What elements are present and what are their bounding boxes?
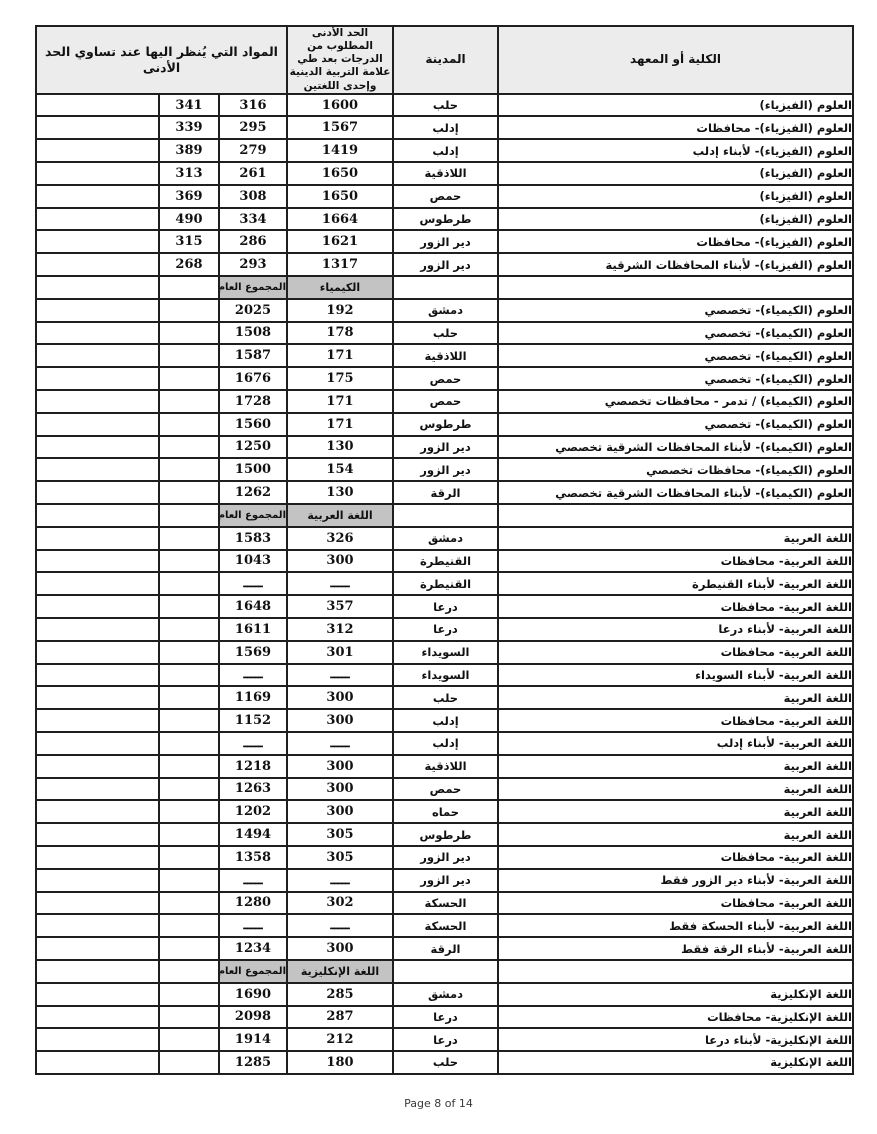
tiebreak-subjects-header-cell: المواد التي يُنظر اليها عند تساوي الحد ا…	[36, 26, 287, 94]
total-score-cell: 1560	[219, 413, 287, 436]
total-score-cell: 1250	[219, 436, 287, 459]
city-name-cell: اللاذقية	[393, 755, 498, 778]
city-header-cell: المدينة	[393, 26, 498, 94]
table-row: العلوم (الفيزياء)- لأبناء المحافظات الشر…	[36, 253, 853, 276]
min-score-cell: 192	[287, 299, 393, 322]
city-name-cell: حمص	[393, 185, 498, 208]
table-row: اللغة الإنكليزية- محافظاتدرعا2872098	[36, 1006, 853, 1029]
tiebreak-score-cell	[159, 869, 219, 892]
min-score-cell: 300	[287, 778, 393, 801]
min-score-cell: 180	[287, 1051, 393, 1074]
table-row: اللغة العربيةحمص3001263	[36, 778, 853, 801]
min-score-cell: 305	[287, 846, 393, 869]
tiebreak-blank-cell	[36, 709, 159, 732]
total-score-cell: 1690	[219, 983, 287, 1006]
table-row: العلوم (الفيزياء)طرطوس1664334490	[36, 208, 853, 231]
college-name-cell: اللغة العربية- لأبناء القنيطرة	[498, 572, 853, 595]
tiebreak-blank-cell	[36, 94, 159, 117]
table-row: اللغة العربية- لأبناء درعادرعا3121611	[36, 618, 853, 641]
total-score-cell: 286	[219, 230, 287, 253]
tiebreak-blank-cell	[36, 937, 159, 960]
college-empty-cell	[498, 504, 853, 527]
tiebreak-blank-cell	[36, 800, 159, 823]
tiebreak-blank-cell	[36, 1006, 159, 1029]
tiebreak-blank-cell	[36, 413, 159, 436]
tiebreak-empty-cell	[159, 276, 219, 299]
tiebreak-blank-cell	[36, 139, 159, 162]
table-row: اللغة الإنكليزية- لأبناء درعادرعا2121914	[36, 1028, 853, 1051]
college-name-cell: اللغة الإنكليزية	[498, 1051, 853, 1074]
tiebreak-blank-cell	[36, 641, 159, 664]
college-name-cell: اللغة الإنكليزية	[498, 983, 853, 1006]
tiebreak-score-cell	[159, 983, 219, 1006]
city-name-cell: دمشق	[393, 299, 498, 322]
table-row: اللغة العربيةاللاذقية3001218	[36, 755, 853, 778]
tiebreak-blank-cell	[36, 322, 159, 345]
total-score-cell: 1234	[219, 937, 287, 960]
college-name-cell: العلوم (الفيزياء)	[498, 94, 853, 117]
college-name-cell: اللغة العربية- محافظات	[498, 641, 853, 664]
table-row: اللغة العربيةطرطوس3051494	[36, 823, 853, 846]
min-score-cell: 300	[287, 709, 393, 732]
tiebreak-empty-cell	[159, 960, 219, 983]
tiebreak-score-cell	[159, 1051, 219, 1074]
tiebreak-score-cell: 313	[159, 162, 219, 185]
college-name-cell: اللغة العربية	[498, 800, 853, 823]
table-row: اللغة العربية- لأبناء القنيطرةالقنيطرةــ…	[36, 572, 853, 595]
total-score-cell: 279	[219, 139, 287, 162]
table-row: العلوم (الكيمياء)- لأبناء المحافظات الشر…	[36, 436, 853, 459]
total-score-cell: 1169	[219, 686, 287, 709]
section-subject-cell: اللغة العربية	[287, 504, 393, 527]
total-score-cell: 1263	[219, 778, 287, 801]
total-score-cell: ـــــ	[219, 732, 287, 755]
min-score-cell: 301	[287, 641, 393, 664]
table-row: اللغة العربيةحلب3001169	[36, 686, 853, 709]
tiebreak-score-cell	[159, 846, 219, 869]
city-name-cell: درعا	[393, 1006, 498, 1029]
section-total-label-cell: المجموع العام	[219, 504, 287, 527]
table-row: العلوم (الكيمياء)- لأبناء المحافظات الشر…	[36, 481, 853, 504]
total-score-cell: 334	[219, 208, 287, 231]
min-score-cell: 326	[287, 527, 393, 550]
tiebreak-blank-cell	[36, 618, 159, 641]
tiebreak-blank-cell	[36, 253, 159, 276]
tiebreak-score-cell	[159, 1006, 219, 1029]
tiebreak-score-cell	[159, 618, 219, 641]
college-name-cell: العلوم (الفيزياء)- لأبناء المحافظات الشر…	[498, 253, 853, 276]
total-score-cell: 1569	[219, 641, 287, 664]
tiebreak-blank-cell	[36, 1028, 159, 1051]
total-score-cell: ـــــ	[219, 914, 287, 937]
college-name-cell: اللغة العربية	[498, 686, 853, 709]
min-score-cell: 178	[287, 322, 393, 345]
tiebreak-score-cell	[159, 778, 219, 801]
tiebreak-blank-cell	[36, 823, 159, 846]
city-name-cell: دير الزور	[393, 458, 498, 481]
table-row: العلوم (الفيزياء)حلب1600316341	[36, 94, 853, 117]
city-name-cell: حمص	[393, 778, 498, 801]
city-name-cell: اللاذقية	[393, 344, 498, 367]
tiebreak-blank-cell	[36, 481, 159, 504]
min-score-cell: 1650	[287, 185, 393, 208]
college-name-cell: العلوم (الفيزياء)	[498, 208, 853, 231]
min-score-cell: 175	[287, 367, 393, 390]
tiebreak-blank-cell	[36, 778, 159, 801]
min-score-cell: 357	[287, 595, 393, 618]
tiebreak-score-cell	[159, 595, 219, 618]
table-row: العلوم (الفيزياء)- محافظاتدير الزور16212…	[36, 230, 853, 253]
college-name-cell: اللغة العربية- محافظات	[498, 846, 853, 869]
total-score-cell: 1728	[219, 390, 287, 413]
tiebreak-blank-cell	[36, 504, 159, 527]
total-score-cell: 1262	[219, 481, 287, 504]
table-body: العلوم (الفيزياء)حلب1600316341العلوم (ال…	[36, 94, 853, 1074]
college-name-cell: العلوم (الكيمياء) / تدمر - محافظات تخصصي	[498, 390, 853, 413]
table-row: اللغة العربيةدمشق3261583	[36, 527, 853, 550]
tiebreak-score-cell	[159, 823, 219, 846]
tiebreak-blank-cell	[36, 390, 159, 413]
city-name-cell: درعا	[393, 618, 498, 641]
city-name-cell: إدلب	[393, 732, 498, 755]
min-score-cell: 1600	[287, 94, 393, 117]
table-row: اللغة العربية- محافظاتالحسكة3021280	[36, 892, 853, 915]
min-score-cell: ـــــ	[287, 664, 393, 687]
tiebreak-blank-cell	[36, 664, 159, 687]
min-score-cell: 130	[287, 436, 393, 459]
table-row: اللغة الإنكليزيةحلب1801285	[36, 1051, 853, 1074]
section-subject-cell: اللغة الإنكليزية	[287, 960, 393, 983]
city-name-cell: طرطوس	[393, 413, 498, 436]
min-score-cell: 1650	[287, 162, 393, 185]
tiebreak-blank-cell	[36, 208, 159, 231]
table-row: اللغة العربية- محافظاتإدلب3001152	[36, 709, 853, 732]
tiebreak-score-cell: 490	[159, 208, 219, 231]
tiebreak-score-cell	[159, 481, 219, 504]
tiebreak-score-cell	[159, 937, 219, 960]
college-name-cell: العلوم (الكيمياء)- تخصصي	[498, 322, 853, 345]
college-name-cell: اللغة العربية	[498, 527, 853, 550]
total-score-cell: 1676	[219, 367, 287, 390]
min-score-cell: 300	[287, 937, 393, 960]
city-name-cell: دير الزور	[393, 253, 498, 276]
city-name-cell: الحسكة	[393, 892, 498, 915]
tiebreak-score-cell	[159, 572, 219, 595]
tiebreak-score-cell: 268	[159, 253, 219, 276]
tiebreak-score-cell	[159, 436, 219, 459]
college-name-cell: العلوم (الفيزياء)	[498, 185, 853, 208]
tiebreak-score-cell	[159, 732, 219, 755]
min-score-cell: 154	[287, 458, 393, 481]
tiebreak-blank-cell	[36, 344, 159, 367]
city-name-cell: دير الزور	[393, 869, 498, 892]
min-score-cell: 1567	[287, 116, 393, 139]
table-row: اللغة العربية- لأبناء السويداءالسويداءــ…	[36, 664, 853, 687]
section-header-row: اللغة الإنكليزيةالمجموع العام	[36, 960, 853, 983]
tiebreak-empty-cell	[159, 504, 219, 527]
college-name-cell: العلوم (الفيزياء)- محافظات	[498, 116, 853, 139]
tiebreak-blank-cell	[36, 1051, 159, 1074]
tiebreak-score-cell	[159, 664, 219, 687]
tiebreak-score-cell: 369	[159, 185, 219, 208]
min-score-cell: ـــــ	[287, 572, 393, 595]
tiebreak-blank-cell	[36, 367, 159, 390]
tiebreak-score-cell	[159, 709, 219, 732]
tiebreak-score-cell	[159, 914, 219, 937]
college-name-cell: اللغة الإنكليزية- لأبناء درعا	[498, 1028, 853, 1051]
tiebreak-score-cell	[159, 686, 219, 709]
total-score-cell: 1583	[219, 527, 287, 550]
tiebreak-blank-cell	[36, 572, 159, 595]
table-row: العلوم (الفيزياء)- لأبناء إدلبإدلب141927…	[36, 139, 853, 162]
college-name-cell: العلوم (الفيزياء)	[498, 162, 853, 185]
table-row: اللغة العربية- لأبناء الحسكة فقطالحسكةــ…	[36, 914, 853, 937]
min-score-cell: 1664	[287, 208, 393, 231]
min-score-cell: 300	[287, 550, 393, 573]
city-name-cell: حلب	[393, 322, 498, 345]
college-name-cell: العلوم (الكيمياء)- لأبناء المحافظات الشر…	[498, 436, 853, 459]
total-score-cell: 1508	[219, 322, 287, 345]
city-name-cell: طرطوس	[393, 823, 498, 846]
total-score-cell: 316	[219, 94, 287, 117]
college-name-cell: اللغة العربية- لأبناء درعا	[498, 618, 853, 641]
tiebreak-score-cell	[159, 550, 219, 573]
college-empty-cell	[498, 276, 853, 299]
total-score-cell: 1500	[219, 458, 287, 481]
table-row: العلوم (الكيمياء)- محافظات تخصصيدير الزو…	[36, 458, 853, 481]
total-score-cell: 1648	[219, 595, 287, 618]
page-number: Page 8 of 14	[0, 1097, 877, 1110]
tiebreak-score-cell	[159, 641, 219, 664]
header-row: الكلية أو المعهد المدينة الحد الأدنى الم…	[36, 26, 853, 94]
section-total-label-cell: المجموع العام	[219, 276, 287, 299]
college-name-cell: اللغة الإنكليزية- محافظات	[498, 1006, 853, 1029]
total-score-cell: 1043	[219, 550, 287, 573]
city-name-cell: حماه	[393, 800, 498, 823]
tiebreak-score-cell	[159, 413, 219, 436]
college-name-cell: العلوم (الكيمياء)- تخصصي	[498, 413, 853, 436]
tiebreak-score-cell: 389	[159, 139, 219, 162]
total-score-cell: 1285	[219, 1051, 287, 1074]
table-row: العلوم (الفيزياء)اللاذقية1650261313	[36, 162, 853, 185]
total-score-cell: 1494	[219, 823, 287, 846]
tiebreak-score-cell	[159, 367, 219, 390]
tiebreak-blank-cell	[36, 892, 159, 915]
city-name-cell: دير الزور	[393, 846, 498, 869]
college-name-cell: العلوم (الكيمياء)- تخصصي	[498, 344, 853, 367]
city-name-cell: اللاذقية	[393, 162, 498, 185]
college-header-cell: الكلية أو المعهد	[498, 26, 853, 94]
tiebreak-blank-cell	[36, 458, 159, 481]
city-empty-cell	[393, 504, 498, 527]
college-name-cell: العلوم (الفيزياء)- محافظات	[498, 230, 853, 253]
college-name-cell: اللغة العربية- محافظات	[498, 595, 853, 618]
city-name-cell: درعا	[393, 1028, 498, 1051]
section-subject-cell: الكيمياء	[287, 276, 393, 299]
tiebreak-blank-cell	[36, 550, 159, 573]
min-score-cell: 171	[287, 390, 393, 413]
tiebreak-blank-cell	[36, 732, 159, 755]
section-header-row: اللغة العربيةالمجموع العام	[36, 504, 853, 527]
tiebreak-blank-cell	[36, 185, 159, 208]
tiebreak-score-cell	[159, 1028, 219, 1051]
tiebreak-blank-cell	[36, 436, 159, 459]
college-name-cell: اللغة العربية- محافظات	[498, 892, 853, 915]
city-name-cell: السويداء	[393, 641, 498, 664]
total-score-cell: 1611	[219, 618, 287, 641]
total-score-cell: 295	[219, 116, 287, 139]
total-score-cell: ـــــ	[219, 664, 287, 687]
min-score-cell: ـــــ	[287, 869, 393, 892]
min-score-cell: 1621	[287, 230, 393, 253]
tiebreak-score-cell: 315	[159, 230, 219, 253]
tiebreak-score-cell	[159, 344, 219, 367]
min-score-cell: 285	[287, 983, 393, 1006]
min-score-cell: 300	[287, 755, 393, 778]
document-page: الكلية أو المعهد المدينة الحد الأدنى الم…	[0, 0, 877, 1134]
total-score-cell: 1152	[219, 709, 287, 732]
tiebreak-score-cell	[159, 755, 219, 778]
city-name-cell: حمص	[393, 367, 498, 390]
tiebreak-score-cell	[159, 390, 219, 413]
college-name-cell: العلوم (الكيمياء)- تخصصي	[498, 299, 853, 322]
total-score-cell: 1914	[219, 1028, 287, 1051]
table-row: العلوم (الكيمياء)- تخصصيحمص1751676	[36, 367, 853, 390]
min-score-cell: 171	[287, 344, 393, 367]
min-score-cell: 1317	[287, 253, 393, 276]
tiebreak-blank-cell	[36, 162, 159, 185]
tiebreak-blank-cell	[36, 869, 159, 892]
college-name-cell: العلوم (الكيمياء)- محافظات تخصصي	[498, 458, 853, 481]
college-name-cell: اللغة العربية- محافظات	[498, 550, 853, 573]
tiebreak-blank-cell	[36, 276, 159, 299]
table-row: العلوم (الكيمياء)- تخصصياللاذقية1711587	[36, 344, 853, 367]
city-name-cell: إدلب	[393, 116, 498, 139]
total-score-cell: 293	[219, 253, 287, 276]
city-name-cell: الحسكة	[393, 914, 498, 937]
city-name-cell: القنيطرة	[393, 550, 498, 573]
tiebreak-score-cell	[159, 892, 219, 915]
college-name-cell: اللغة العربية- محافظات	[498, 709, 853, 732]
tiebreak-score-cell	[159, 299, 219, 322]
tiebreak-score-cell	[159, 322, 219, 345]
tiebreak-blank-cell	[36, 595, 159, 618]
min-score-cell: 171	[287, 413, 393, 436]
tiebreak-blank-cell	[36, 846, 159, 869]
table-row: العلوم (الكيمياء) / تدمر - محافظات تخصصي…	[36, 390, 853, 413]
city-name-cell: حلب	[393, 94, 498, 117]
table-row: اللغة العربية- لأبناء الرقة فقطالرقة3001…	[36, 937, 853, 960]
section-header-row: الكيمياءالمجموع العام	[36, 276, 853, 299]
tiebreak-score-cell	[159, 800, 219, 823]
table-row: اللغة العربية- محافظاتالسويداء3011569	[36, 641, 853, 664]
city-name-cell: إدلب	[393, 139, 498, 162]
college-name-cell: العلوم (الكيمياء)- تخصصي	[498, 367, 853, 390]
table-row: اللغة العربية- محافظاتدير الزور3051358	[36, 846, 853, 869]
admissions-table: الكلية أو المعهد المدينة الحد الأدنى الم…	[35, 25, 854, 1075]
tiebreak-blank-cell	[36, 116, 159, 139]
tiebreak-score-cell: 341	[159, 94, 219, 117]
total-score-cell: ـــــ	[219, 572, 287, 595]
city-empty-cell	[393, 276, 498, 299]
min-score-cell: 300	[287, 686, 393, 709]
city-empty-cell	[393, 960, 498, 983]
tiebreak-blank-cell	[36, 230, 159, 253]
section-total-label-cell: المجموع العام	[219, 960, 287, 983]
city-name-cell: دمشق	[393, 527, 498, 550]
college-name-cell: اللغة العربية- لأبناء الحسكة فقط	[498, 914, 853, 937]
total-score-cell: 261	[219, 162, 287, 185]
table-row: اللغة العربيةحماه3001202	[36, 800, 853, 823]
total-score-cell: 1218	[219, 755, 287, 778]
table-row: العلوم (الكيمياء)- تخصصيدمشق1922025	[36, 299, 853, 322]
college-empty-cell	[498, 960, 853, 983]
total-score-cell: 2025	[219, 299, 287, 322]
tiebreak-blank-cell	[36, 914, 159, 937]
tiebreak-score-cell: 339	[159, 116, 219, 139]
city-name-cell: الرقة	[393, 937, 498, 960]
min-score-cell: ـــــ	[287, 732, 393, 755]
college-name-cell: العلوم (الفيزياء)- لأبناء إدلب	[498, 139, 853, 162]
tiebreak-blank-cell	[36, 527, 159, 550]
table-row: العلوم (الكيمياء)- تخصصيطرطوس1711560	[36, 413, 853, 436]
tiebreak-score-cell	[159, 458, 219, 481]
college-name-cell: اللغة العربية- لأبناء السويداء	[498, 664, 853, 687]
college-name-cell: العلوم (الكيمياء)- لأبناء المحافظات الشر…	[498, 481, 853, 504]
college-name-cell: اللغة العربية- لأبناء دير الزور فقط	[498, 869, 853, 892]
min-score-cell: 312	[287, 618, 393, 641]
table-row: اللغة الإنكليزيةدمشق2851690	[36, 983, 853, 1006]
total-score-cell: 1280	[219, 892, 287, 915]
min-score-cell: 212	[287, 1028, 393, 1051]
city-name-cell: السويداء	[393, 664, 498, 687]
tiebreak-blank-cell	[36, 983, 159, 1006]
table-row: العلوم (الفيزياء)حمص1650308369	[36, 185, 853, 208]
min-score-cell: ـــــ	[287, 914, 393, 937]
table-row: اللغة العربية- محافظاتدرعا3571648	[36, 595, 853, 618]
college-name-cell: اللغة العربية	[498, 823, 853, 846]
city-name-cell: حمص	[393, 390, 498, 413]
min-score-header-cell: الحد الأدنى المطلوب من الدرجات بعد طي عل…	[287, 26, 393, 94]
min-score-cell: 130	[287, 481, 393, 504]
tiebreak-blank-cell	[36, 299, 159, 322]
min-score-cell: 300	[287, 800, 393, 823]
city-name-cell: حلب	[393, 1051, 498, 1074]
city-name-cell: دير الزور	[393, 230, 498, 253]
city-name-cell: القنيطرة	[393, 572, 498, 595]
table-row: العلوم (الكيمياء)- تخصصيحلب1781508	[36, 322, 853, 345]
city-name-cell: إدلب	[393, 709, 498, 732]
table-row: اللغة العربية- لأبناء إدلبإدلبــــــــــ	[36, 732, 853, 755]
total-score-cell: 1587	[219, 344, 287, 367]
tiebreak-blank-cell	[36, 686, 159, 709]
city-name-cell: طرطوس	[393, 208, 498, 231]
tiebreak-blank-cell	[36, 960, 159, 983]
total-score-cell: 1202	[219, 800, 287, 823]
college-name-cell: اللغة العربية	[498, 755, 853, 778]
table-row: العلوم (الفيزياء)- محافظاتإدلب1567295339	[36, 116, 853, 139]
min-score-cell: 302	[287, 892, 393, 915]
min-score-cell: 1419	[287, 139, 393, 162]
total-score-cell: ـــــ	[219, 869, 287, 892]
college-name-cell: اللغة العربية- لأبناء الرقة فقط	[498, 937, 853, 960]
city-name-cell: دمشق	[393, 983, 498, 1006]
total-score-cell: 2098	[219, 1006, 287, 1029]
city-name-cell: دير الزور	[393, 436, 498, 459]
table-row: اللغة العربية- محافظاتالقنيطرة3001043	[36, 550, 853, 573]
city-name-cell: الرقة	[393, 481, 498, 504]
table-row: اللغة العربية- لأبناء دير الزور فقطدير ا…	[36, 869, 853, 892]
